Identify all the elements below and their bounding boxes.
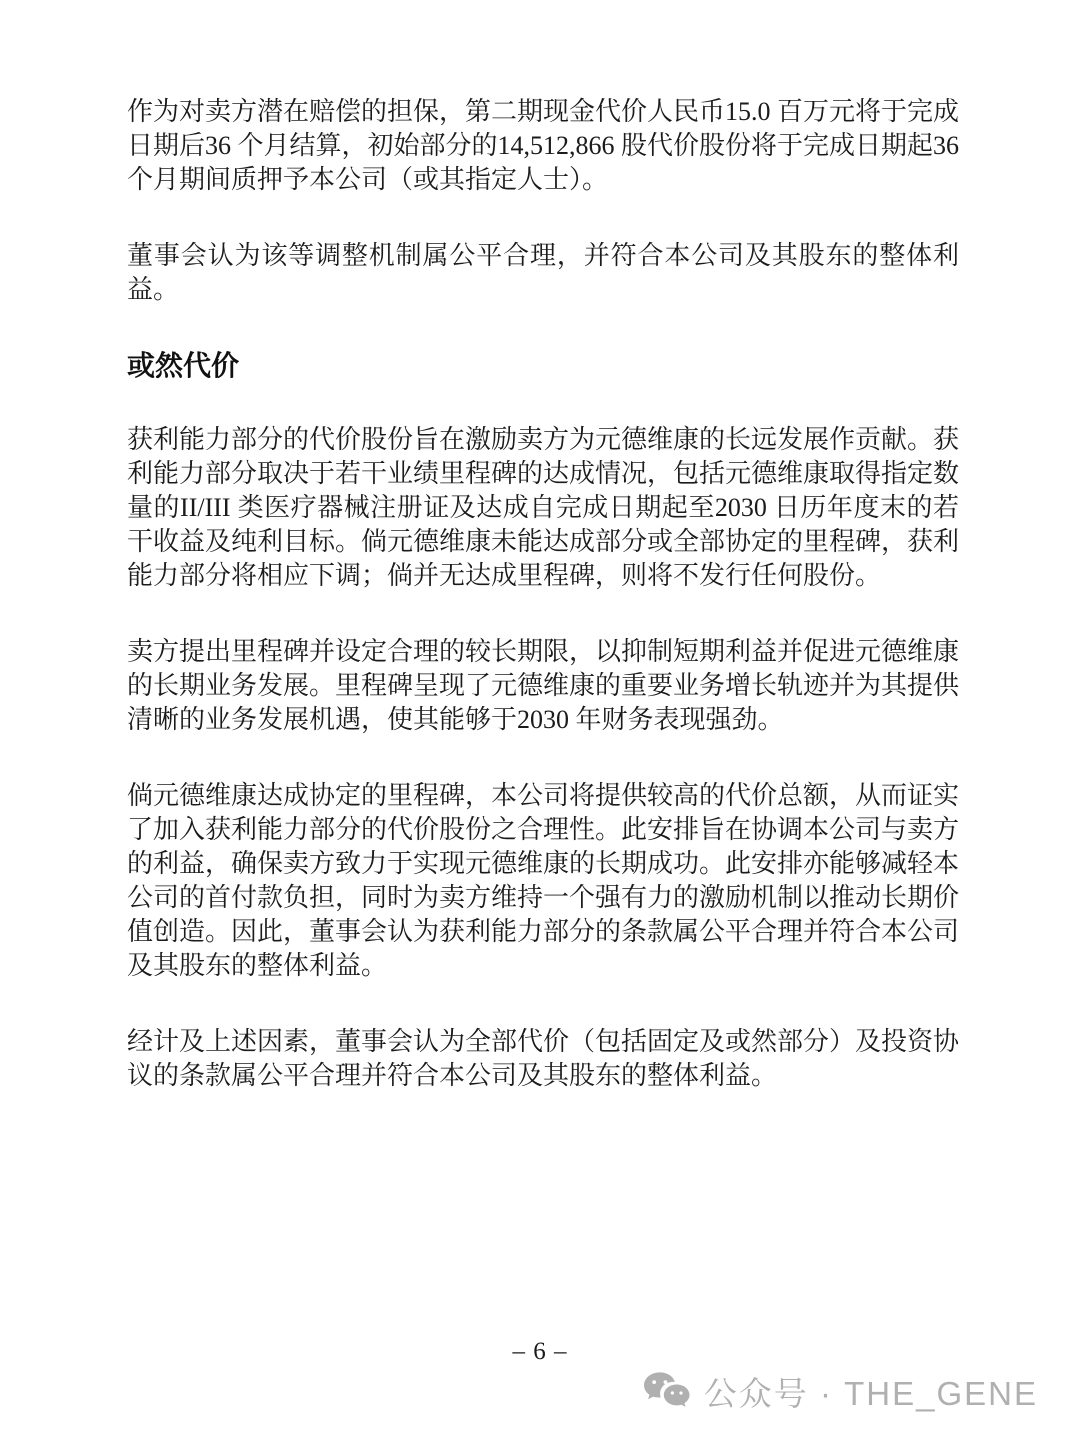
wechat-icon [644, 1371, 690, 1412]
watermark: 公众号 · THE_GENE [644, 1368, 1038, 1415]
body-paragraph-6: 经计及上述因素，董事会认为全部代价（包括固定及或然部分）及投资协议的条款属公平合… [127, 1025, 959, 1093]
watermark-label: 公众号 · THE_GENE [704, 1368, 1038, 1415]
page-number: – 6 – [0, 1338, 1080, 1366]
document-page: 作为对卖方潜在赔偿的担保，第二期现金代价人民币15.0 百万元将于完成日期后36… [0, 0, 1080, 1440]
section-heading: 或然代价 [127, 349, 959, 383]
body-paragraph-1: 作为对卖方潜在赔偿的担保，第二期现金代价人民币15.0 百万元将于完成日期后36… [127, 95, 959, 197]
body-paragraph-3: 获利能力部分的代价股份旨在激励卖方为元德维康的长远发展作贡献。获利能力部分取决于… [127, 423, 959, 593]
body-paragraph-4: 卖方提出里程碑并设定合理的较长期限，以抑制短期利益并促进元德维康的长期业务发展。… [127, 635, 959, 737]
body-paragraph-5: 倘元德维康达成协定的里程碑，本公司将提供较高的代价总额，从而证实了加入获利能力部… [127, 779, 959, 983]
document-body: 作为对卖方潜在赔偿的担保，第二期现金代价人民币15.0 百万元将于完成日期后36… [127, 95, 959, 1135]
body-paragraph-2: 董事会认为该等调整机制属公平合理，并符合本公司及其股东的整体利益。 [127, 239, 959, 307]
